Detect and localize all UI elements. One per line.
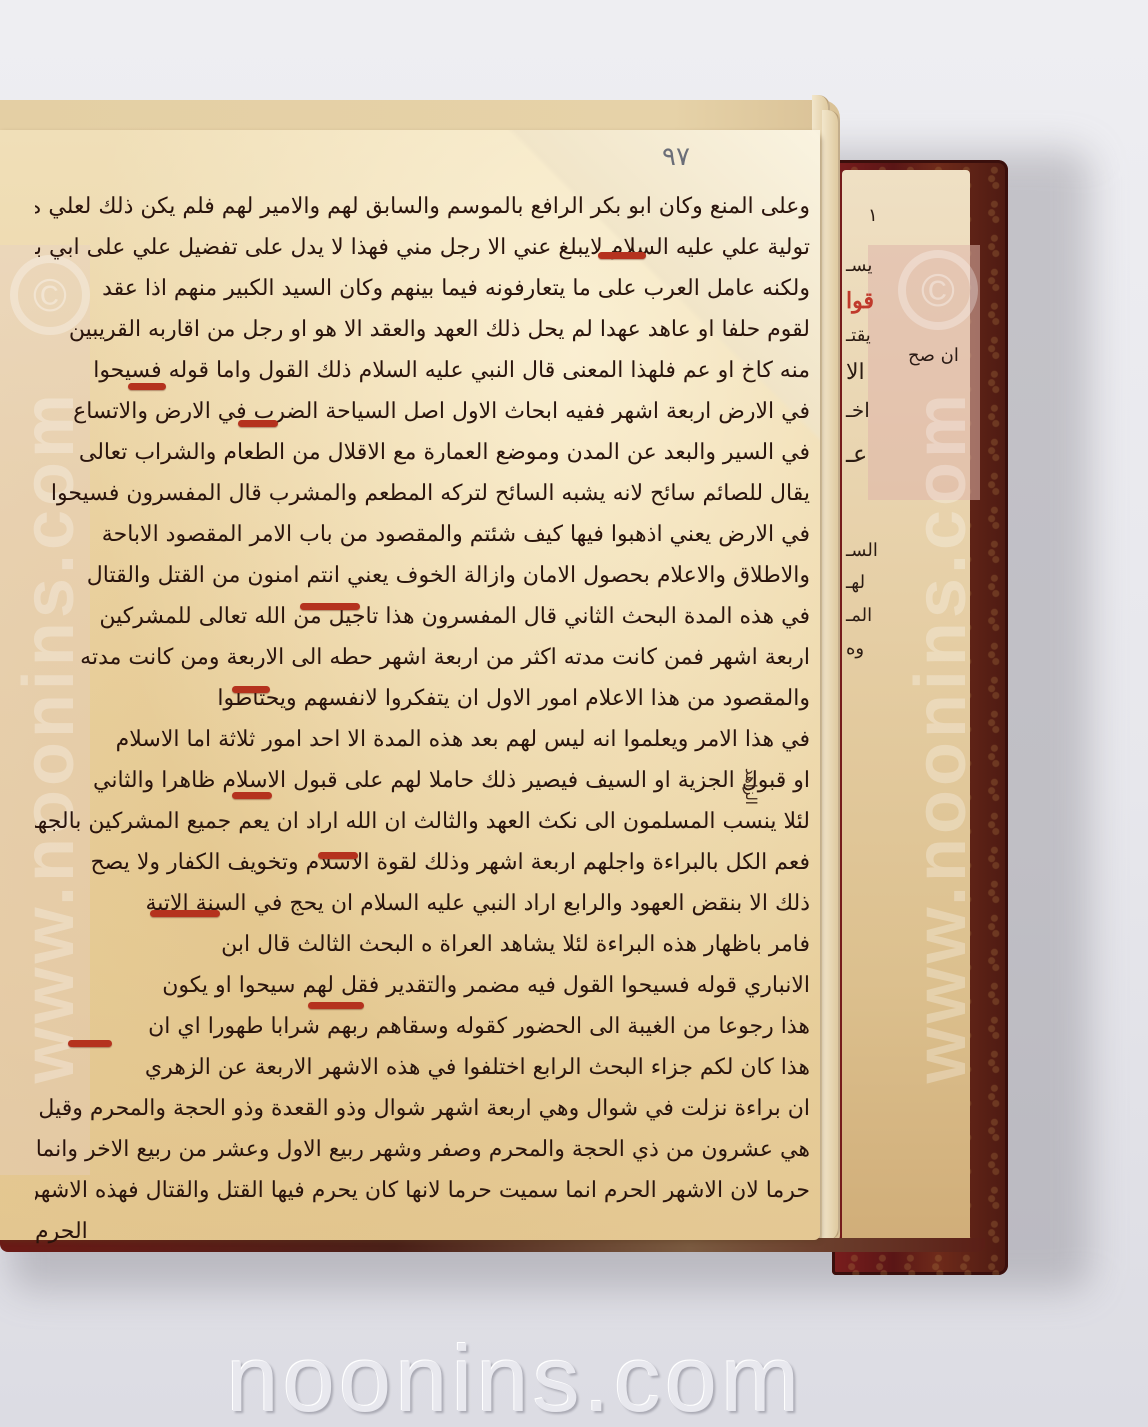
text-line: لئلا ينسب المسلمون الى نكث العهد والثالث… — [35, 801, 810, 842]
facing-leaf-fragment: لهـ — [846, 572, 865, 593]
facing-leaf-fragment: السـ — [846, 540, 878, 561]
facing-leaf-fragment: الا — [846, 360, 865, 385]
text-line: ولكنه عامل العرب على ما يتعارفونه فيما ب… — [35, 268, 810, 309]
text-line-catchword: الحرم — [35, 1211, 115, 1252]
text-line: فامر باظهار هذه البراءة لئلا يشاهد العرا… — [35, 924, 810, 965]
text-line: في الارض يعني اذهبوا فيها كيف شئتم والمق… — [35, 514, 810, 555]
text-line: ذلك الا بنقض العهود والرابع اراد النبي ع… — [35, 883, 810, 924]
rubric-stroke — [598, 252, 646, 259]
text-line: هذا رجوعا من الغيبة الى الحضور كقوله وسق… — [35, 1006, 810, 1047]
text-line: هي عشرون من ذي الحجة والمحرم وصفر وشهر ر… — [35, 1129, 810, 1170]
rubric-stroke — [150, 910, 220, 917]
text-line: في هذه المدة البحث الثاني قال المفسرون ه… — [35, 596, 810, 637]
text-line: او قبول الجزية او السيف فيصير ذلك حاملا … — [35, 760, 810, 801]
text-line: فعم الكل بالبراءة واجلهم اربعة اشهر وذلك… — [35, 842, 810, 883]
facing-leaf-fragment: يقتـ — [846, 325, 871, 346]
margin-note: الزاهد — [742, 768, 760, 805]
rubric-stroke — [128, 383, 166, 390]
text-line: في السير والبعد عن المدن وموضع العمارة م… — [35, 432, 810, 473]
text-line: هذا كان لكم جزاء البحث الرابع اختلفوا في… — [35, 1047, 810, 1088]
facing-leaf-rubric: قوا — [846, 288, 874, 314]
rubric-stroke — [300, 603, 360, 610]
copyright-icon: © — [898, 250, 978, 330]
facing-leaf-fragment: وه — [846, 638, 864, 659]
text-line: ان براءة نزلت في شوال وهي اربعة اشهر شوا… — [35, 1088, 810, 1129]
rubric-stroke — [232, 686, 270, 693]
folio-number: ٩٧ — [662, 142, 690, 172]
rubric-stroke — [238, 420, 278, 427]
text-line: وعلى المنع وكان ابو بكر الرافع بالموسم و… — [35, 186, 810, 227]
facing-leaf-fragment: يسـ — [846, 255, 872, 276]
watermark-text: noonins.com — [205, 1325, 825, 1427]
text-line: اربعة اشهر فمن كانت مدته اكثر من اربعة ا… — [35, 637, 810, 678]
text-line: لقوم حلفا او عاهد عهدا لم يحل ذلك العهد … — [35, 309, 810, 350]
text-line: تولية علي عليه السلام لايبلغ عني الا رجل… — [35, 227, 810, 268]
text-line: في هذا الامر ويعلموا انه ليس لهم بعد هذه… — [35, 719, 810, 760]
facing-leaf-fragment: اخـ — [846, 398, 870, 422]
facing-leaf-fragment: المـ — [846, 605, 872, 626]
text-line: الانباري قوله فسيحوا القول فيه مضمر والت… — [35, 965, 810, 1006]
facing-leaf-folio: ١ — [868, 205, 878, 226]
facing-leaf-fragment: عـ — [846, 440, 867, 468]
text-line: في الارض اربعة اشهر ففيه ابحاث الاول اصل… — [35, 391, 810, 432]
page-stack-edge — [822, 110, 840, 1240]
facing-leaf-margin-note: ان صح — [908, 345, 959, 366]
text-line: والاطلاق والاعلام بحصول الامان وازالة ال… — [35, 555, 810, 596]
rubric-stroke — [308, 1002, 364, 1009]
text-line: يقال للصائم سائح لانه يشبه السائح لتركه … — [35, 473, 810, 514]
manuscript-text: وعلى المنع وكان ابو بكر الرافع بالموسم و… — [35, 186, 810, 1252]
watermark-vertical-right: www.noonins.com — [900, 390, 982, 1083]
rubric-stroke — [318, 852, 358, 859]
text-line: حرما لان الاشهر الحرم انما سميت حرما لان… — [35, 1170, 810, 1211]
text-line: والمقصود من هذا الاعلام امور الاول ان يت… — [35, 678, 810, 719]
rubric-stroke — [232, 792, 272, 799]
rubric-stroke — [68, 1040, 112, 1047]
